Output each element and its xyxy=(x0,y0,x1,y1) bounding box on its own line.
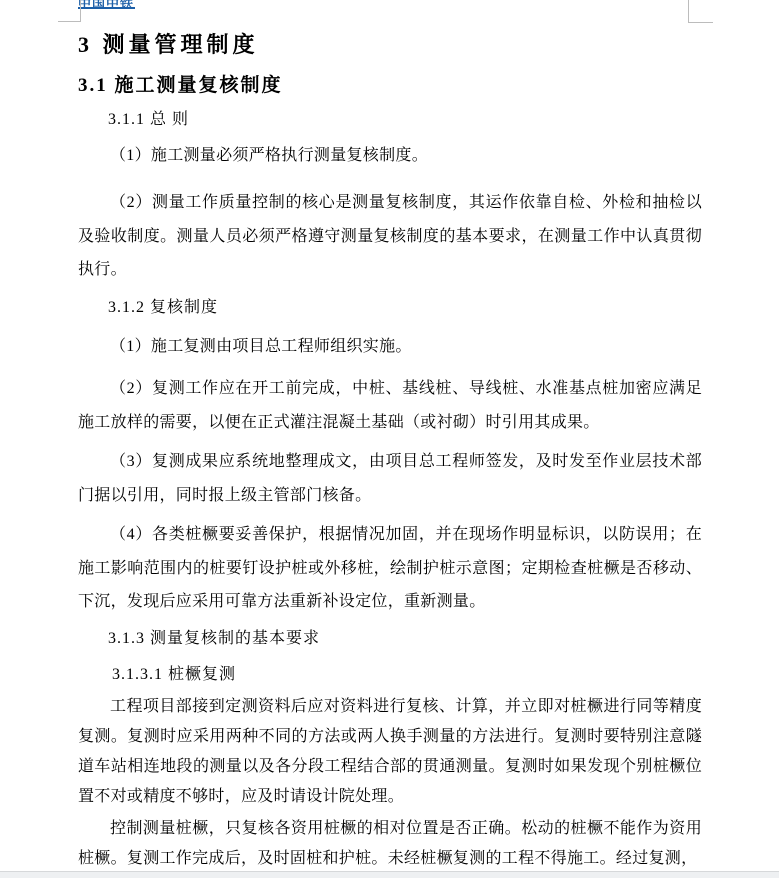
section-heading: 3.1 施工测量复核制度 xyxy=(78,75,702,97)
subsection-heading-3-1-3: 3.1.3 测量复核制的基本要求 xyxy=(78,630,702,648)
paragraph: （3）复测成果应系统地整理成文，由项目总工程师签发，及时发至作业层技术部门据以引… xyxy=(78,445,702,512)
paragraph: （4）各类桩橛要妥善保护，根据情况加固，并在现场作明显标识，以防误用；在施工影响… xyxy=(78,518,702,619)
paragraph: （2）复测工作应在开工前完成，中桩、基线桩、导线桩、水准基点桩加密应满足施工放样… xyxy=(78,372,702,439)
document-body: 3 测量管理制度 3.1 施工测量复核制度 3.1.1 总 则 （1）施工测量必… xyxy=(78,0,702,874)
paragraph: （1）施工复测由项目总工程师组织实施。 xyxy=(78,330,702,364)
subsection-heading-3-1-1: 3.1.1 总 则 xyxy=(78,111,702,129)
subsection-heading-3-1-3-1: 3.1.3.1 桩橛复测 xyxy=(78,666,702,684)
paragraph: 控制测量桩橛，只复核各资用桩橛的相对位置是否正确。松动的桩橛不能作为资用桩橛。复… xyxy=(78,814,702,874)
paragraph: 工程项目部接到定测资料后应对资料进行复核、计算，并立即对桩橛进行同等精度复测。复… xyxy=(78,692,702,812)
paragraph: （2）测量工作质量控制的核心是测量复核制度，其运作依靠自检、外检和抽检以及验收制… xyxy=(78,186,702,287)
subsection-heading-3-1-2: 3.1.2 复核制度 xyxy=(78,299,702,317)
paragraph: （1）施工测量必须严格执行测量复核制度。 xyxy=(78,139,702,173)
horizontal-scrollbar-track[interactable] xyxy=(0,871,779,878)
chapter-heading: 3 测量管理制度 xyxy=(78,33,702,57)
